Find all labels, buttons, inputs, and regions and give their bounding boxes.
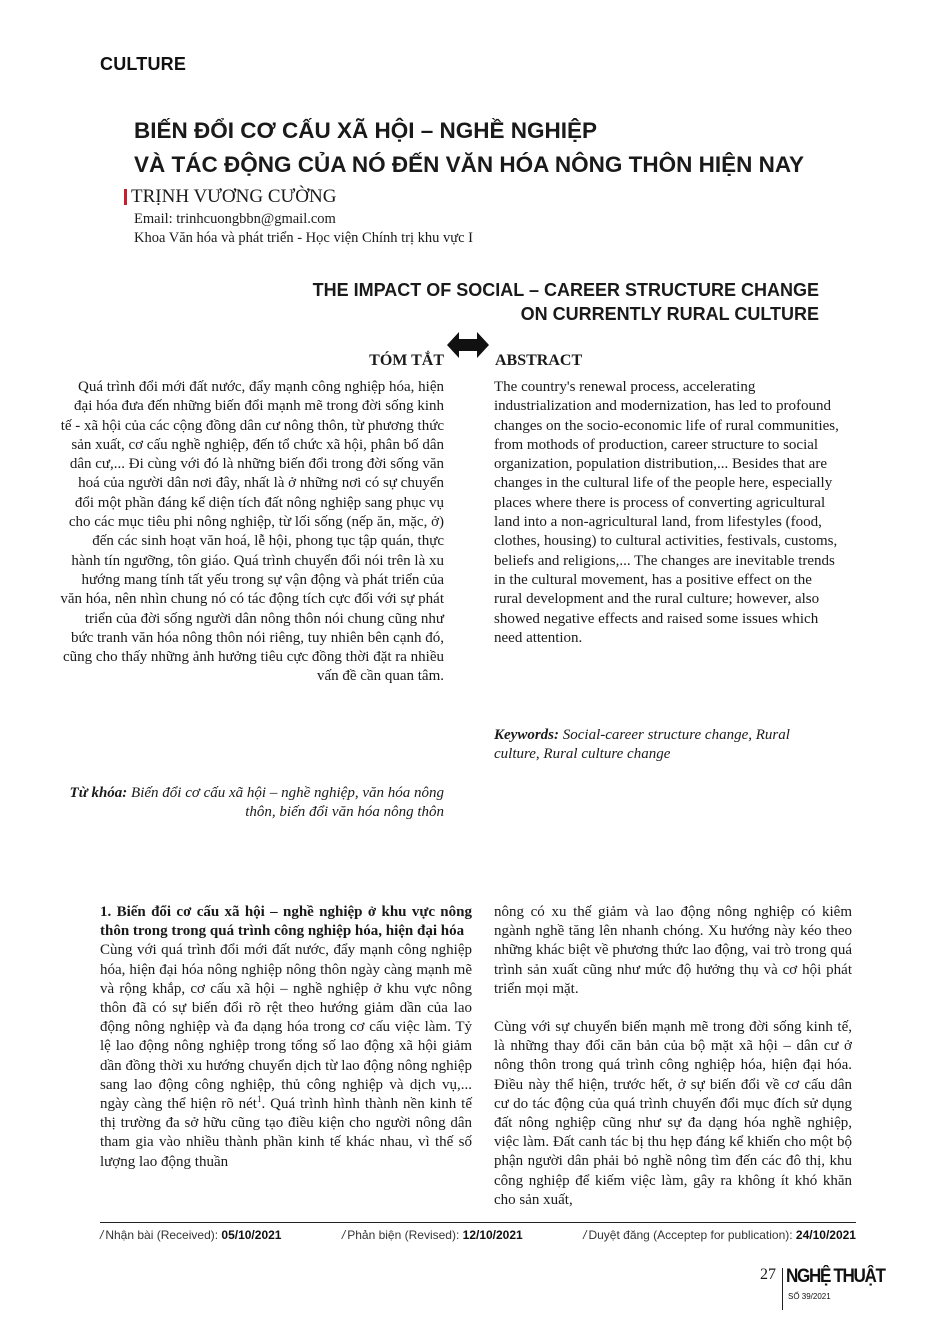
slash-icon: /	[583, 1228, 586, 1242]
received-date: 05/10/2021	[221, 1228, 281, 1242]
slash-icon: /	[342, 1228, 345, 1242]
revised-label: Phản biện (Revised):	[347, 1228, 462, 1242]
author-affiliation: Khoa Văn hóa và phát triển - Học viện Ch…	[134, 230, 473, 247]
abstract-heading-vn: TÓM TẮT	[369, 352, 444, 370]
keywords-vn: Từ khóa: Biến đổi cơ cấu xã hội – nghề n…	[60, 784, 444, 823]
section-heading: 1. Biến đổi cơ cấu xã hội – nghề nghiệp …	[100, 903, 472, 941]
page-number: 27	[760, 1266, 776, 1284]
en-title-line-1: THE IMPACT OF SOCIAL – CAREER STRUCTURE …	[313, 278, 819, 302]
abstract-heading-en: ABSTRACT	[495, 352, 582, 370]
title-line-1: BIẾN ĐỔI CƠ CẤU XÃ HỘI – NGHỀ NGHIỆP	[134, 114, 804, 148]
accepted-date: 24/10/2021	[796, 1228, 856, 1242]
body-column-right: nông có xu thế giảm và lao động nông ngh…	[494, 903, 852, 1210]
publication-dates: /Nhận bài (Received): 05/10/2021 /Phản b…	[100, 1228, 856, 1242]
body-paragraph: Cùng với sự chuyển biến mạnh mẽ trong đờ…	[494, 1018, 852, 1210]
paragraph-text: Cùng với quá trình đổi mới đất nước, đẩy…	[100, 942, 472, 1112]
masthead-divider	[782, 1268, 783, 1310]
issue-number: SỐ 39/2021	[788, 1292, 831, 1301]
abstract-text-vn: Quá trình đổi mới đất nước, đẩy mạnh côn…	[60, 378, 444, 687]
footer-divider	[100, 1222, 856, 1223]
keywords-vn-label: Từ khóa:	[70, 785, 128, 801]
abstract-text-en: The country's renewal process, accelerat…	[494, 378, 839, 648]
author-line: TRỊNH VƯƠNG CƯỜNG	[124, 186, 336, 208]
title-line-2: VÀ TÁC ĐỘNG CỦA NÓ ĐẾN VĂN HÓA NÔNG THÔN…	[134, 148, 804, 182]
slash-icon: /	[100, 1228, 103, 1242]
journal-logo: NGHỆ THUẬT	[786, 1266, 885, 1288]
keywords-en-label: Keywords:	[494, 727, 559, 743]
body-column-left: 1. Biến đổi cơ cấu xã hội – nghề nghiệp …	[100, 903, 472, 1172]
keywords-en: Keywords: Social-career structure change…	[494, 726, 839, 765]
body-paragraph: nông có xu thế giảm và lao động nông ngh…	[494, 903, 852, 999]
en-title-line-2: ON CURRENTLY RURAL CULTURE	[313, 302, 819, 326]
double-arrow-icon	[447, 332, 489, 358]
author-accent-bar	[124, 189, 127, 205]
revised-date: 12/10/2021	[463, 1228, 523, 1242]
body-paragraph: Cùng với quá trình đổi mới đất nước, đẩy…	[100, 941, 472, 1171]
section-label: CULTURE	[100, 54, 186, 75]
revised-date-item: /Phản biện (Revised): 12/10/2021	[342, 1228, 523, 1242]
received-date-item: /Nhận bài (Received): 05/10/2021	[100, 1228, 281, 1242]
received-label: Nhận bài (Received):	[105, 1228, 221, 1242]
author-name: TRỊNH VƯƠNG CƯỜNG	[131, 186, 336, 208]
accepted-label: Duyệt đăng (Acceptep for publication):	[588, 1228, 795, 1242]
article-title-en: THE IMPACT OF SOCIAL – CAREER STRUCTURE …	[313, 278, 819, 326]
keywords-vn-text: Biến đổi cơ cấu xã hội – nghề nghiệp, vă…	[127, 785, 444, 820]
article-title-vn: BIẾN ĐỔI CƠ CẤU XÃ HỘI – NGHỀ NGHIỆP VÀ …	[134, 114, 804, 182]
accepted-date-item: /Duyệt đăng (Acceptep for publication): …	[583, 1228, 856, 1242]
author-email: Email: trinhcuongbbn@gmail.com	[134, 211, 336, 228]
